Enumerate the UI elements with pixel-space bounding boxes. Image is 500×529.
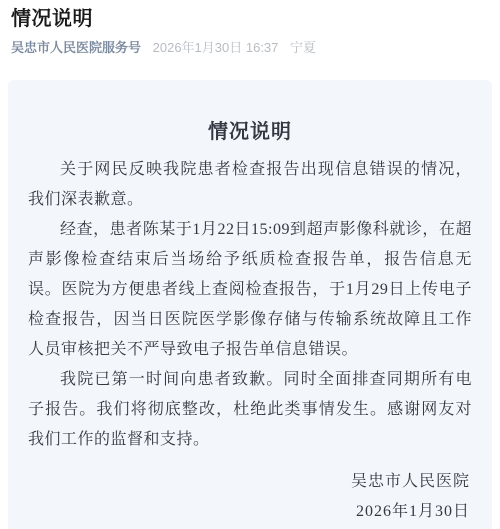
- statement-title: 情况说明: [28, 118, 472, 146]
- statement-signature: 吴忠市人民医院 2026年1月30日: [28, 467, 472, 527]
- account-name-link[interactable]: 吴忠市人民医院服务号: [11, 40, 141, 55]
- byline: 吴忠市人民医院服务号 2026年1月30日 16:37 宁夏: [0, 32, 500, 57]
- article-page: 情况说明 吴忠市人民医院服务号 2026年1月30日 16:37 宁夏 情况说明…: [0, 0, 500, 529]
- signature-org: 吴忠市人民医院: [28, 467, 470, 497]
- statement-paragraph: 我院已第一时间向患者致歉。同时全面排查同期所有电子报告。我们将彻底整改，杜绝此类…: [28, 365, 472, 455]
- publish-region: 宁夏: [290, 40, 316, 55]
- statement-paragraph: 经查，患者陈某于1月22日15:09到超声影像科就诊，在超声影像检查结束后当场给…: [28, 215, 472, 365]
- article-title: 情况说明: [0, 0, 500, 32]
- statement-body: 关于网民反映我院患者检查报告出现信息错误的情况，我们深表歉意。 经查，患者陈某于…: [28, 155, 472, 455]
- publish-datetime: 2026年1月30日 16:37: [153, 40, 279, 55]
- statement-image[interactable]: 情况说明 关于网民反映我院患者检查报告出现信息错误的情况，我们深表歉意。 经查，…: [8, 80, 492, 529]
- signature-date: 2026年1月30日: [28, 497, 470, 527]
- statement-paragraph: 关于网民反映我院患者检查报告出现信息错误的情况，我们深表歉意。: [28, 155, 472, 215]
